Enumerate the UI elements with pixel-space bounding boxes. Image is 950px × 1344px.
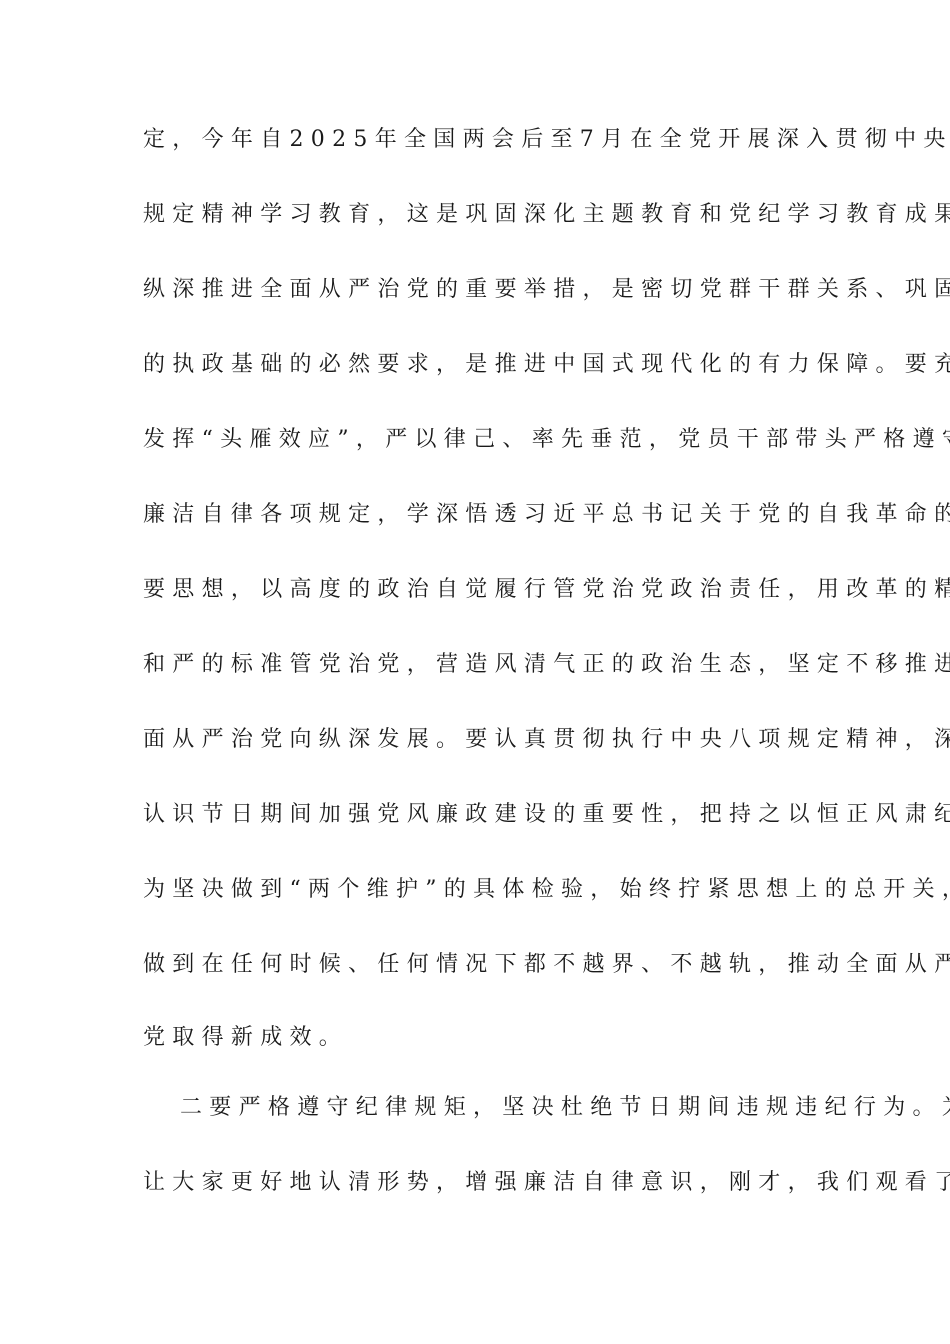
paragraph-line: 做到在任何时候、任何情况下都不越界、不越轨，推动全面从严治 [143,950,823,980]
paragraph-line: 纵深推进全面从严治党的重要举措，是密切党群干群关系、巩固党 [143,275,823,305]
paragraph-line: 廉洁自律各项规定，学深悟透习近平总书记关于党的自我革命的重 [143,500,823,530]
paragraph-line: 的执政基础的必然要求，是推进中国式现代化的有力保障。要充分 [143,350,823,380]
paragraph-line: 让大家更好地认清形势，增强廉洁自律意识，刚才，我们观看了警 [143,1168,823,1198]
paragraph-line: 要思想，以高度的政治自觉履行管党治党政治责任，用改革的精神 [143,575,823,605]
paragraph-line: 面从严治党向纵深发展。要认真贯彻执行中央八项规定精神，深刻 [143,725,823,755]
paragraph-line: 和严的标准管党治党，营造风清气正的政治生态，坚定不移推进全 [143,650,823,680]
paragraph-line: 为坚决做到“两个维护”的具体检验，始终拧紧思想上的总开关， [143,875,823,905]
paragraph-line: 党取得新成效。 [143,1023,823,1053]
paragraph-line-indented: 二要严格遵守纪律规矩，坚决杜绝节日期间违规违纪行为。为了 [180,1093,860,1123]
paragraph-line: 定，今年自2025年全国两会后至7月在全党开展深入贯彻中央八项 [143,125,823,155]
paragraph-line: 规定精神学习教育，这是巩固深化主题教育和党纪学习教育成果、 [143,200,823,230]
paragraph-line: 认识节日期间加强党风廉政建设的重要性，把持之以恒正风肃纪作 [143,800,823,830]
document-page: 定，今年自2025年全国两会后至7月在全党开展深入贯彻中央八项 规定精神学习教育… [0,0,950,1344]
paragraph-line: 发挥“头雁效应”，严以律己、率先垂范，党员干部带头严格遵守 [143,425,823,455]
